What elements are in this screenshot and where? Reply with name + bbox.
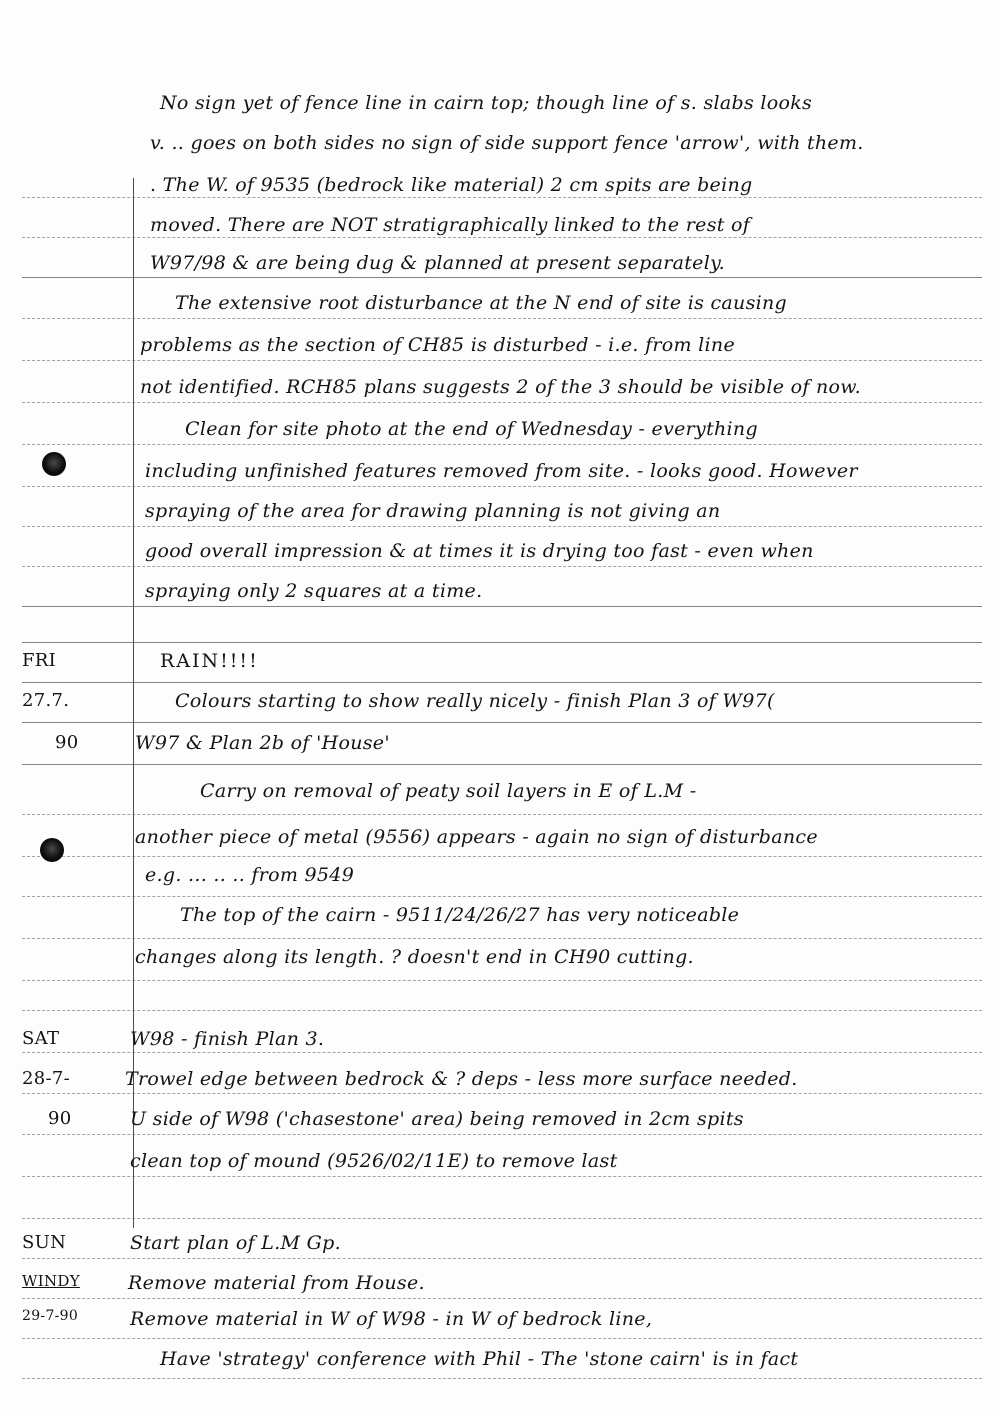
handwritten-text: W97/98 & are being dug & planned at pres… — [150, 252, 725, 274]
entry-date: FRI — [22, 650, 127, 671]
entry-date: SUN — [22, 1232, 127, 1253]
handwritten-text: clean top of mound (9526/02/11E) to remo… — [130, 1150, 618, 1172]
handwritten-text: Have 'strategy' conference with Phil - T… — [160, 1348, 798, 1370]
handwritten-text: moved. There are NOT stratigraphically l… — [150, 214, 750, 236]
handwritten-text: good overall impression & at times it is… — [145, 540, 814, 562]
handwritten-text: W97 & Plan 2b of 'House' — [135, 732, 390, 754]
entry-line: FRI RAIN!!!! — [0, 650, 1000, 690]
handwritten-text: Trowel edge between bedrock & ? deps - l… — [125, 1068, 798, 1090]
entry-line: spraying of the area for drawing plannin… — [0, 500, 1000, 540]
handwritten-text: No sign yet of fence line in cairn top; … — [160, 92, 812, 114]
ruled-line — [22, 642, 982, 643]
entry-line: spraying only 2 squares at a time. — [0, 580, 1000, 620]
entry-date: 28-7- — [22, 1068, 127, 1089]
handwritten-text: including unfinished features removed fr… — [145, 460, 858, 482]
entry-line: moved. There are NOT stratigraphically l… — [0, 214, 1000, 254]
entry-line: SAT W98 - finish Plan 3. — [0, 1028, 1000, 1068]
entry-line: Clean for site photo at the end of Wedne… — [0, 418, 1000, 458]
handwritten-text: not identified. RCH85 plans suggests 2 o… — [140, 376, 861, 398]
entry-line: 27.7. Colours starting to show really ni… — [0, 690, 1000, 730]
handwritten-text: changes along its length. ? doesn't end … — [135, 946, 694, 968]
handwritten-text: Start plan of L.M Gp. — [130, 1232, 341, 1254]
entry-line: 90 U side of W98 ('chasestone' area) bei… — [0, 1108, 1000, 1148]
entry-line: 28-7- Trowel edge between bedrock & ? de… — [0, 1068, 1000, 1108]
handwritten-text: Remove material from House. — [128, 1272, 425, 1294]
handwritten-text: U side of W98 ('chasestone' area) being … — [130, 1108, 744, 1130]
handwritten-text: . The W. of 9535 (bedrock like material)… — [150, 174, 752, 196]
handwritten-text: Carry on removal of peaty soil layers in… — [200, 780, 696, 802]
handwritten-text: W98 - finish Plan 3. — [130, 1028, 324, 1050]
entry-line: WINDY Remove material from House. — [0, 1272, 1000, 1312]
ruled-line — [22, 1010, 982, 1011]
entry-line: v. .. goes on both sides no sign of side… — [0, 132, 1000, 172]
entry-line: clean top of mound (9526/02/11E) to remo… — [0, 1150, 1000, 1190]
entry-line: 90 W97 & Plan 2b of 'House' — [0, 732, 1000, 772]
handwritten-text: e.g. ... .. .. from 9549 — [145, 864, 354, 886]
entry-line: good overall impression & at times it is… — [0, 540, 1000, 580]
handwritten-text: Remove material in W of W98 - in W of be… — [130, 1308, 652, 1330]
entry-date: SAT — [22, 1028, 127, 1049]
entry-line: 29-7-90 Remove material in W of W98 - in… — [0, 1308, 1000, 1348]
entry-line: changes along its length. ? doesn't end … — [0, 946, 1000, 986]
entry-line: not identified. RCH85 plans suggests 2 o… — [0, 376, 1000, 416]
entry-date: 29-7-90 — [22, 1308, 127, 1324]
entry-line: another piece of metal (9556) appears - … — [0, 826, 1000, 866]
entry-line: . The W. of 9535 (bedrock like material)… — [0, 174, 1000, 214]
entry-line: SUN Start plan of L.M Gp. — [0, 1232, 1000, 1272]
handwritten-text: Clean for site photo at the end of Wedne… — [185, 418, 758, 440]
handwritten-text: The top of the cairn - 9511/24/26/27 has… — [180, 904, 739, 926]
entry-line: problems as the section of CH85 is distu… — [0, 334, 1000, 374]
ruled-line — [22, 1218, 982, 1219]
notebook-page: No sign yet of fence line in cairn top; … — [0, 0, 1000, 1417]
entry-line: The top of the cairn - 9511/24/26/27 has… — [0, 904, 1000, 944]
handwritten-text: another piece of metal (9556) appears - … — [135, 826, 818, 848]
handwritten-text: spraying of the area for drawing plannin… — [145, 500, 720, 522]
entry-date: 27.7. — [22, 690, 127, 711]
handwritten-text: spraying only 2 squares at a time. — [145, 580, 482, 602]
entry-line: Carry on removal of peaty soil layers in… — [0, 780, 1000, 820]
entry-date: WINDY — [22, 1272, 127, 1290]
handwritten-text: Colours starting to show really nicely -… — [175, 690, 775, 712]
entry-line: Have 'strategy' conference with Phil - T… — [0, 1348, 1000, 1388]
entry-line: The extensive root disturbance at the N … — [0, 292, 1000, 332]
handwritten-text: problems as the section of CH85 is distu… — [140, 334, 735, 356]
handwritten-text: v. .. goes on both sides no sign of side… — [150, 132, 864, 154]
entry-line: including unfinished features removed fr… — [0, 460, 1000, 500]
entry-line: W97/98 & are being dug & planned at pres… — [0, 252, 1000, 292]
handwritten-text: RAIN!!!! — [160, 650, 259, 672]
entry-line: No sign yet of fence line in cairn top; … — [0, 92, 1000, 132]
handwritten-text: The extensive root disturbance at the N … — [175, 292, 787, 314]
entry-line: e.g. ... .. .. from 9549 — [0, 864, 1000, 904]
